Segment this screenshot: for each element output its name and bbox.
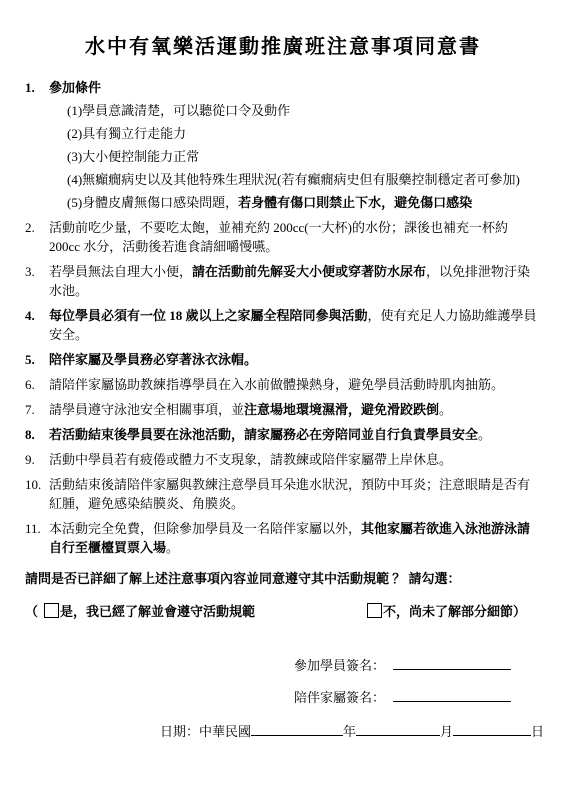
text-segment: (3)大小便控制能力正常 (67, 149, 199, 164)
checkbox-row: （是，我已經了解並會遵守活動規範不，尚未了解部分細節） (25, 602, 541, 621)
participant-signature-label: 參加學員簽名： (294, 658, 385, 673)
notice-subitem: (2)具有獨立行走能力 (67, 124, 541, 143)
item-text: 活動結束後請陪伴家屬與教練注意學員耳朵進水狀況，預防中耳炎；注意眼睛是否有紅腫，… (49, 477, 530, 511)
family-signature-line[interactable] (393, 687, 511, 702)
item-number: 6. (25, 375, 35, 394)
text-segment: 請在活動前先解妥大小便或穿著防水尿布 (192, 264, 426, 279)
text-segment: 請陪伴家屬協助教練指導學員在入水前做體操熱身，避免學員活動時肌肉抽筋。 (49, 377, 504, 392)
text-segment: 參加條件 (49, 80, 101, 95)
notice-item: 6.請陪伴家屬協助教練指導學員在入水前做體操熱身，避免學員活動時肌肉抽筋。 (25, 375, 541, 394)
notice-item: 2.活動前吃少量，不要吃太飽，並補充約 200cc(一大杯)的水份；課後也補充一… (25, 218, 541, 256)
item-text: 若學員無法自理大小便，請在活動前先解妥大小便或穿著防水尿布，以免排泄物汙染水池。 (49, 264, 530, 298)
checkbox-no[interactable] (367, 603, 382, 618)
date-year-label: 年 (343, 724, 356, 739)
item-number: 8. (25, 425, 35, 444)
date-day-line[interactable] (453, 721, 531, 736)
item-text: 每位學員必須有一位 18 歲以上之家屬全程陪同參與活動，使有充足人力協助維護學員… (49, 308, 537, 342)
text-segment: (2)具有獨立行走能力 (67, 126, 186, 141)
item-number: 11. (25, 519, 41, 538)
item-text: 活動前吃少量，不要吃太飽，並補充約 200cc(一大杯)的水份；課後也補充一杯約… (49, 220, 508, 254)
item-text: 本活動完全免費，但除參加學員及一名陪伴家屬以外，其他家屬若欲進入泳池游泳請自行至… (49, 521, 530, 555)
notice-item: 10.活動結束後請陪伴家屬與教練注意學員耳朵進水狀況，預防中耳炎；注意眼睛是否有… (25, 475, 541, 513)
notice-subitem: (1)學員意識清楚，可以聽從口令及動作 (67, 101, 541, 120)
item-text: 參加條件 (49, 80, 101, 95)
text-segment: 陪伴家屬及學員務必穿著泳衣泳帽。 (49, 352, 257, 367)
date-day-label: 日 (531, 724, 544, 739)
text-segment: 。 (166, 540, 179, 555)
confirmation-question: 請問是否已詳細了解上述注意事項內容並同意遵守其中活動規範 ？ 請勾選： (25, 569, 541, 588)
item-number: 7. (25, 400, 35, 419)
text-segment: 活動結束後請陪伴家屬與教練注意學員耳朵進水狀況，預防中耳炎；注意眼睛是否有紅腫，… (49, 477, 530, 511)
notice-item: 4.每位學員必須有一位 18 歲以上之家屬全程陪同參與活動，使有充足人力協助維護… (25, 306, 541, 344)
paren-close: ） (513, 604, 526, 619)
date-month-label: 月 (440, 724, 453, 739)
notice-subitem: (3)大小便控制能力正常 (67, 147, 541, 166)
notice-item: 7.請學員遵守泳池安全相關事項，並注意場地環境濕滑，避免滑跤跌倒。 (25, 400, 541, 419)
text-segment: (1)學員意識清楚，可以聽從口令及動作 (67, 103, 290, 118)
subitem-list: (1)學員意識清楚，可以聽從口令及動作(2)具有獨立行走能力(3)大小便控制能力… (49, 101, 541, 212)
family-signature-label: 陪伴家屬簽名： (294, 690, 385, 705)
text-segment: 若學員無法自理大小便， (49, 264, 192, 279)
date-row: 日期：中華民國年月日 (160, 721, 541, 741)
family-signature-row: 陪伴家屬簽名： (25, 687, 511, 707)
text-segment: (5)身體皮膚無傷口感染問題， (67, 195, 238, 210)
checkbox-no-label: 不，尚未了解部分細節 (383, 604, 513, 619)
item-text: 若活動結束後學員要在泳池活動，請家屬務必在旁陪同並自行負責學員安全。 (49, 427, 491, 442)
item-number: 1. (25, 78, 35, 97)
date-prefix: 日期：中華民國 (160, 724, 251, 739)
notice-subitem: (4)無癲癇病史以及其他特殊生理狀況(若有癲癇病史但有服藥控制穩定者可參加) (67, 170, 541, 189)
item-text: 請學員遵守泳池安全相關事項，並注意場地環境濕滑，避免滑跤跌倒。 (49, 402, 452, 417)
notice-list: 1.參加條件(1)學員意識清楚，可以聽從口令及動作(2)具有獨立行走能力(3)大… (25, 78, 541, 557)
item-text: 請陪伴家屬協助教練指導學員在入水前做體操熱身，避免學員活動時肌肉抽筋。 (49, 377, 504, 392)
notice-item: 5.陪伴家屬及學員務必穿著泳衣泳帽。 (25, 350, 541, 369)
notice-subitem: (5)身體皮膚無傷口感染問題，若身體有傷口則禁止下水，避免傷口感染 (67, 193, 541, 212)
item-number: 5. (25, 350, 35, 369)
text-segment: 若活動結束後學員要在泳池活動，請家屬務必在旁陪同並自行負責學員安全 (49, 427, 478, 442)
notice-item: 8.若活動結束後學員要在泳池活動，請家屬務必在旁陪同並自行負責學員安全。 (25, 425, 541, 444)
paren-open: （ (25, 604, 38, 619)
notice-item: 9.活動中學員若有疲倦或體力不支現象，請教練或陪伴家屬帶上岸休息。 (25, 450, 541, 469)
item-number: 9. (25, 450, 35, 469)
text-segment: 每位學員必須有一位 18 歲以上之家屬全程陪同參與活動 (49, 308, 368, 323)
text-segment: 。 (439, 402, 452, 417)
notice-item: 1.參加條件(1)學員意識清楚，可以聽從口令及動作(2)具有獨立行走能力(3)大… (25, 78, 541, 212)
participant-signature-line[interactable] (393, 655, 511, 670)
item-number: 4. (25, 306, 35, 325)
notice-item: 3.若學員無法自理大小便，請在活動前先解妥大小便或穿著防水尿布，以免排泄物汙染水… (25, 262, 541, 300)
text-segment: 請學員遵守泳池安全相關事項，並 (49, 402, 244, 417)
date-year-line[interactable] (251, 721, 343, 736)
item-text: 活動中學員若有疲倦或體力不支現象，請教練或陪伴家屬帶上岸休息。 (49, 452, 452, 467)
signature-block: 參加學員簽名： 陪伴家屬簽名： (25, 655, 541, 707)
page-title: 水中有氧樂活運動推廣班注意事項同意書 (25, 34, 541, 60)
item-number: 2. (25, 218, 35, 237)
item-number: 3. (25, 262, 35, 281)
text-segment: 活動中學員若有疲倦或體力不支現象，請教練或陪伴家屬帶上岸休息。 (49, 452, 452, 467)
text-segment: 若身體有傷口則禁止下水，避免傷口感染 (238, 195, 472, 210)
participant-signature-row: 參加學員簽名： (25, 655, 511, 675)
notice-item: 11.本活動完全免費，但除參加學員及一名陪伴家屬以外，其他家屬若欲進入泳池游泳請… (25, 519, 541, 557)
text-segment: 。 (478, 427, 491, 442)
text-segment: 注意場地環境濕滑，避免滑跤跌倒 (244, 402, 439, 417)
text-segment: (4)無癲癇病史以及其他特殊生理狀況(若有癲癇病史但有服藥控制穩定者可參加) (67, 172, 520, 187)
consent-form-page: 水中有氧樂活運動推廣班注意事項同意書 1.參加條件(1)學員意識清楚，可以聽從口… (0, 0, 566, 800)
text-segment: 活動前吃少量，不要吃太飽，並補充約 200cc(一大杯)的水份；課後也補充一杯約… (49, 220, 508, 254)
checkbox-yes-label: 是，我已經了解並會遵守活動規範 (60, 604, 255, 619)
item-text: 陪伴家屬及學員務必穿著泳衣泳帽。 (49, 352, 257, 367)
date-month-line[interactable] (356, 721, 440, 736)
checkbox-yes[interactable] (44, 603, 59, 618)
item-number: 10. (25, 475, 41, 494)
text-segment: 本活動完全免費，但除參加學員及一名陪伴家屬以外， (49, 521, 361, 536)
